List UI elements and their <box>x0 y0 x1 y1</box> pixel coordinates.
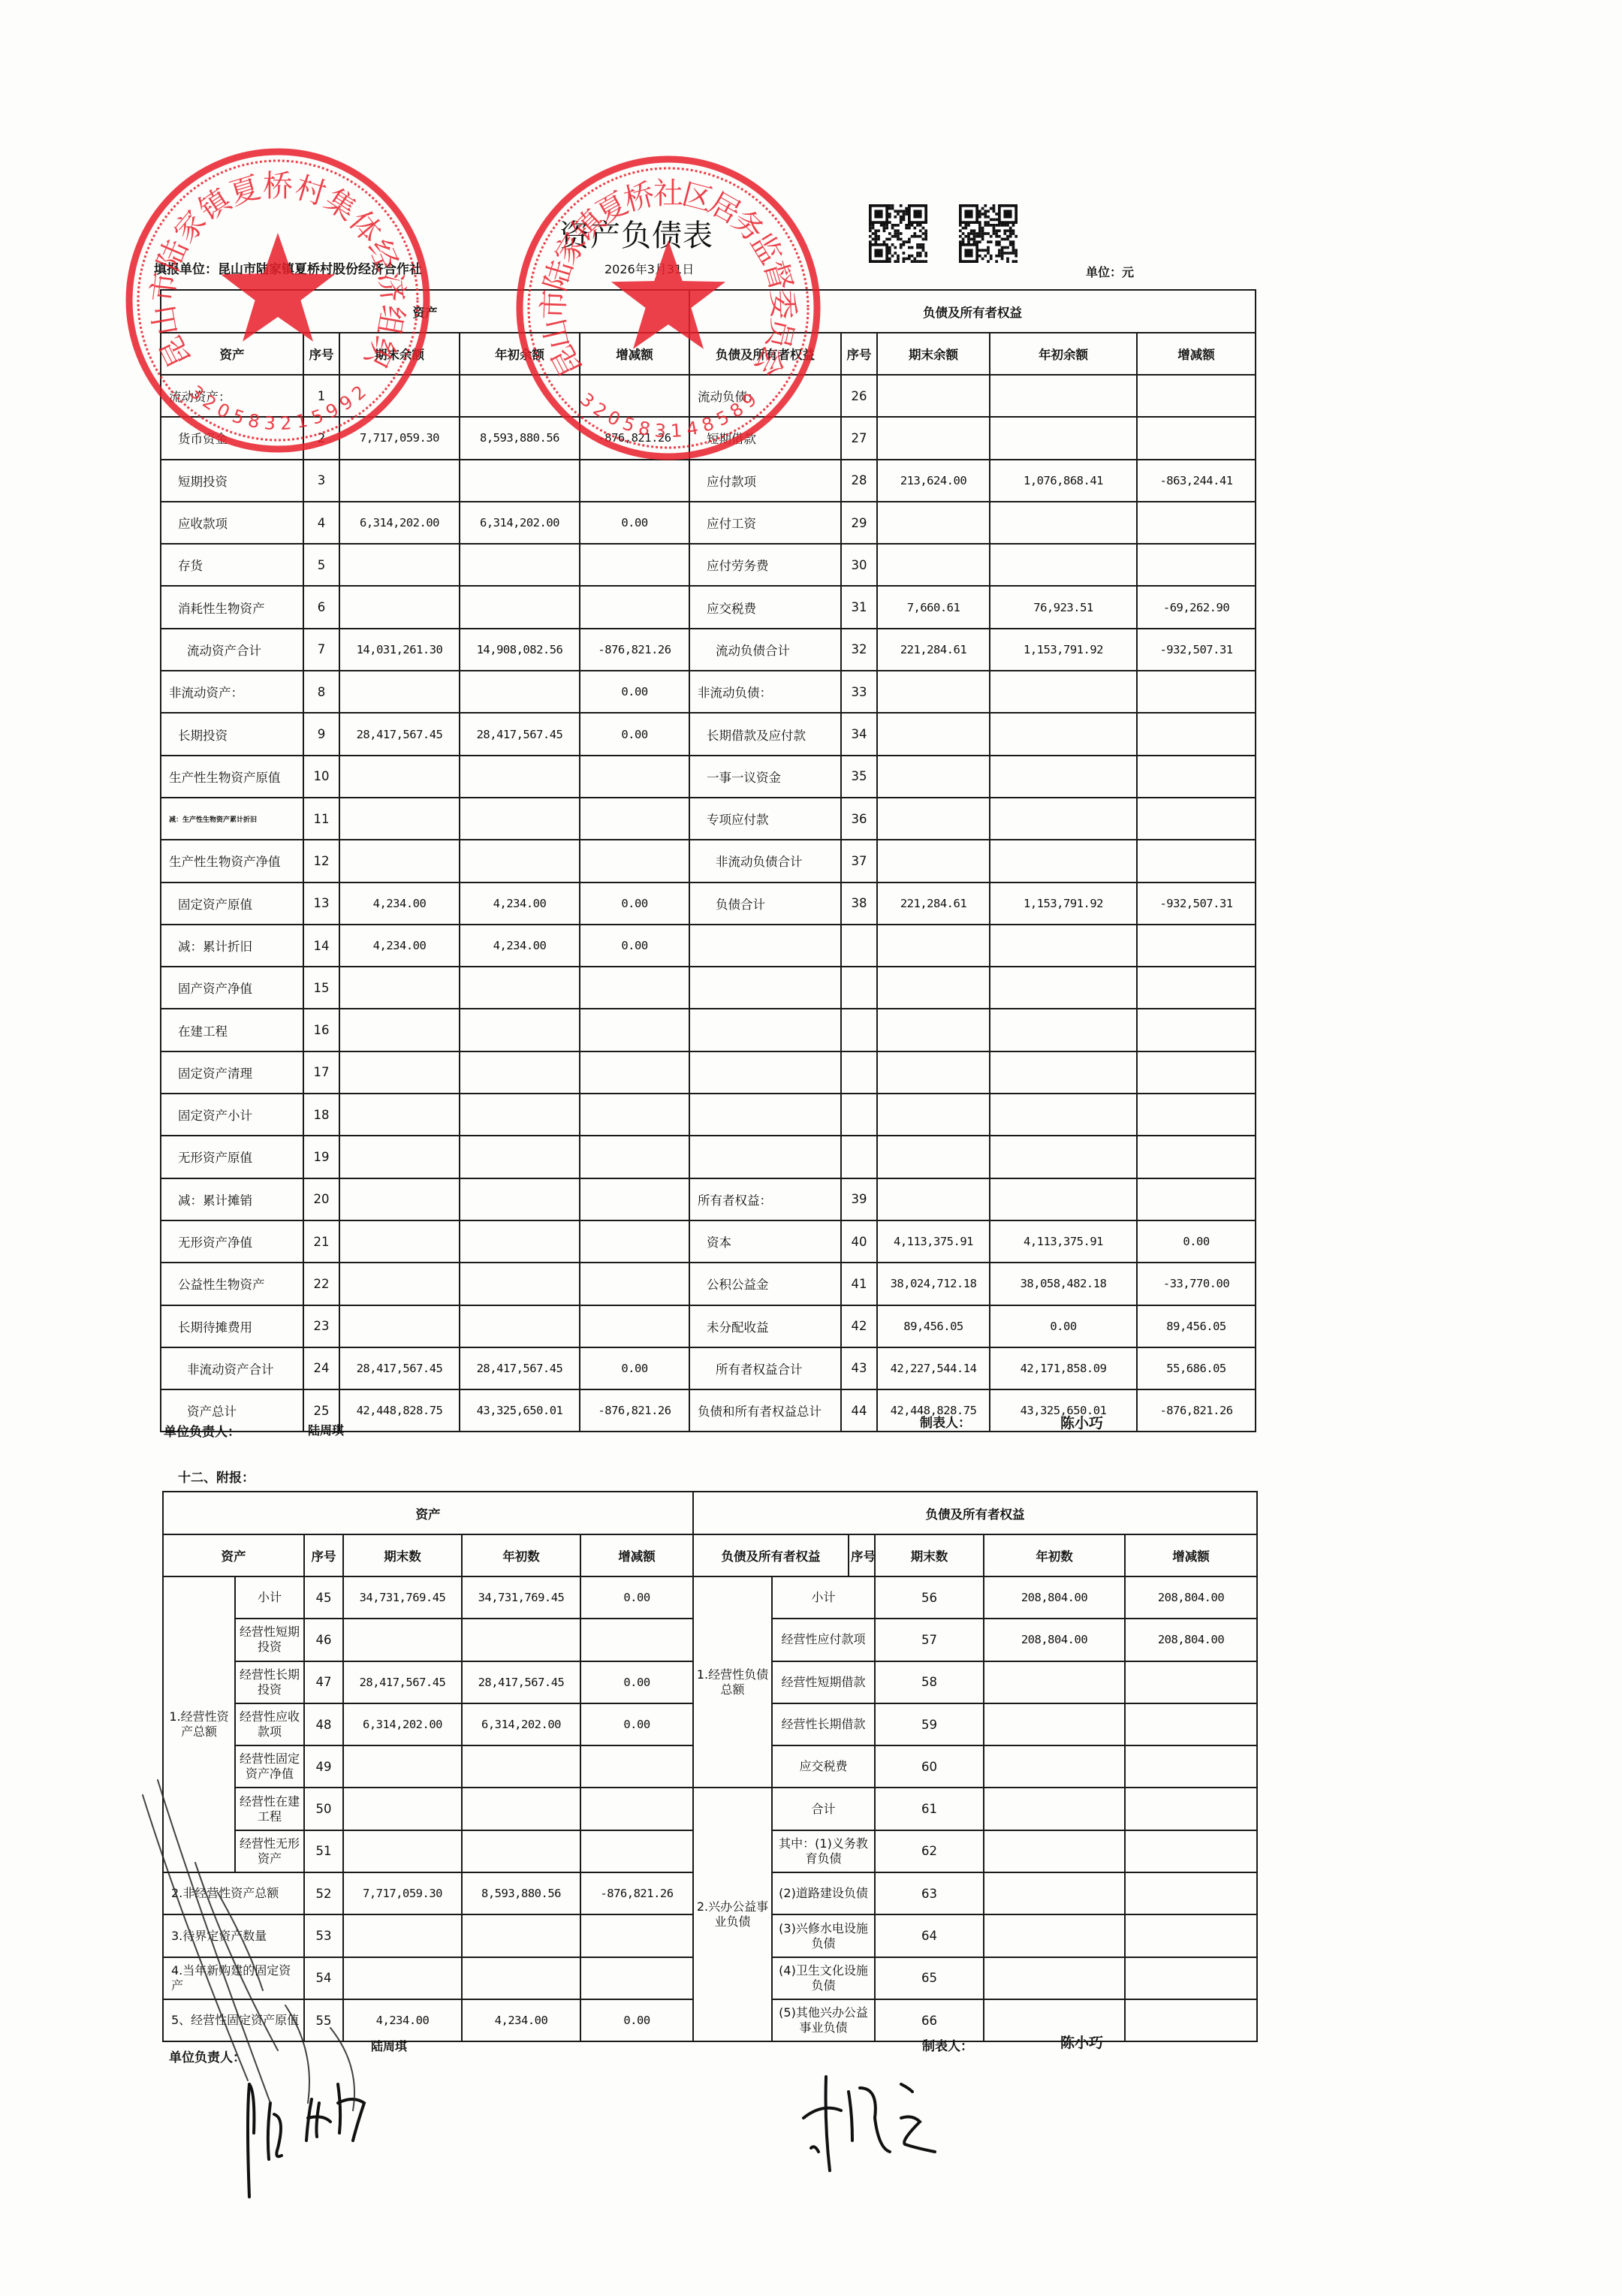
svg-text:夏: 夏 <box>226 170 265 213</box>
liability-change: 89,456.05 <box>1137 1305 1256 1347</box>
liability-label: (5)其他兴办公益事业负债 <box>772 1999 875 2041</box>
liability-end-balance <box>877 502 990 544</box>
liability-label: (2)道路建设负债 <box>772 1872 875 1914</box>
asset-change: 0.00 <box>580 1576 693 1619</box>
asset-begin-balance <box>460 544 580 586</box>
liability-seq: 62 <box>875 1830 984 1872</box>
asset-label: 固产资产净值 <box>161 967 303 1009</box>
liability-seq: 29 <box>841 502 877 544</box>
asset-change: 0.00 <box>580 713 689 755</box>
liability-end-balance <box>877 1051 990 1094</box>
asset-change <box>580 375 689 417</box>
preparer-label-2: 制表人： <box>922 2035 973 2054</box>
liability-label: (4)卫生文化设施负债 <box>772 1957 875 1999</box>
asset-end-balance: 4,234.00 <box>339 925 460 967</box>
liability-label: 一事一议资金 <box>689 756 841 798</box>
asset-change: -876,821.26 <box>580 417 689 459</box>
asset-change <box>580 798 689 840</box>
qr-code-icon <box>869 204 927 263</box>
column-header: 序号 <box>841 333 877 375</box>
liability-end-balance <box>877 375 990 417</box>
asset-change <box>580 1830 693 1872</box>
table-row: 公益性生物资产22公积公益金4138,024,712.1838,058,482.… <box>161 1263 1256 1305</box>
asset-label: 2.非经营性资产总额 <box>163 1872 304 1914</box>
table-row: 非流动资产合计2428,417,567.4528,417,567.450.00所… <box>161 1347 1256 1389</box>
asset-begin-balance: 28,417,567.45 <box>460 1347 580 1389</box>
liability-label: 其中：(1)义务教育负债 <box>772 1830 875 1872</box>
liability-end-balance <box>877 1178 990 1220</box>
liability-begin-balance <box>1125 1703 1257 1745</box>
asset-change <box>580 460 689 502</box>
svg-text:镇: 镇 <box>193 181 239 228</box>
owner-label-2: 单位负责人： <box>169 2047 246 2065</box>
asset-seq: 23 <box>303 1305 339 1347</box>
asset-begin-balance: 8,593,880.56 <box>460 417 580 459</box>
column-header: 增减额 <box>1125 1534 1257 1576</box>
liability-change <box>1137 798 1256 840</box>
asset-begin-balance <box>462 1788 580 1830</box>
asset-end-balance: 28,417,567.45 <box>339 713 460 755</box>
liability-begin-balance <box>990 967 1137 1009</box>
table-row: 无形资产净值21资本404,113,375.914,113,375.910.00 <box>161 1220 1256 1263</box>
asset-label: 消耗性生物资产 <box>161 586 303 628</box>
asset-seq: 15 <box>303 967 339 1009</box>
svg-text:社: 社 <box>653 176 683 211</box>
liability-begin-balance <box>990 1009 1137 1051</box>
liability-label: 应交税费 <box>689 586 841 628</box>
asset-end-balance <box>339 1051 460 1094</box>
preparer-label: 制表人： <box>920 1412 971 1431</box>
liability-change <box>1137 756 1256 798</box>
asset-begin-balance <box>460 1178 580 1220</box>
asset-seq: 45 <box>304 1576 343 1619</box>
asset-end-balance <box>339 1263 460 1305</box>
asset-begin-balance <box>462 1745 580 1788</box>
liability-seq <box>841 1009 877 1051</box>
asset-seq: 20 <box>303 1178 339 1220</box>
liability-begin-balance <box>1125 1788 1257 1830</box>
asset-seq: 2 <box>303 417 339 459</box>
liability-label: (3)兴修水电设施负债 <box>772 1914 875 1957</box>
liability-begin-balance: 0.00 <box>990 1305 1137 1347</box>
liability-change <box>1137 840 1256 882</box>
asset-begin-balance: 8,593,880.56 <box>462 1872 580 1914</box>
liability-begin-balance <box>1125 1745 1257 1788</box>
handwritten-signature <box>788 2073 984 2186</box>
asset-label: 小计 <box>235 1576 304 1619</box>
liability-seq: 56 <box>875 1576 984 1619</box>
liability-change: -932,507.31 <box>1137 629 1256 671</box>
liability-seq <box>841 925 877 967</box>
liability-seq: 61 <box>875 1788 984 1830</box>
asset-begin-balance <box>460 671 580 713</box>
liability-end-balance: 38,024,712.18 <box>877 1263 990 1305</box>
liability-begin-balance: 1,076,868.41 <box>990 460 1137 502</box>
asset-end-balance: 7,717,059.30 <box>343 1872 462 1914</box>
asset-end-balance <box>339 1009 460 1051</box>
asset-seq: 21 <box>303 1220 339 1263</box>
table-row: 存货5应付劳务费30 <box>161 544 1256 586</box>
table-row: 1.经营性资产总额小计4534,731,769.4534,731,769.450… <box>163 1576 1257 1619</box>
asset-label: 减：生产性生物资产累计折旧 <box>161 798 303 840</box>
asset-end-balance: 42,448,828.75 <box>339 1389 460 1432</box>
asset-seq: 52 <box>304 1872 343 1914</box>
liability-end-balance <box>984 1957 1125 1999</box>
liability-change: -932,507.31 <box>1137 882 1256 925</box>
asset-begin-balance <box>460 1220 580 1263</box>
liability-begin-balance <box>990 417 1137 459</box>
asset-end-balance: 28,417,567.45 <box>339 1347 460 1389</box>
asset-label: 减：累计摊销 <box>161 1178 303 1220</box>
asset-seq: 12 <box>303 840 339 882</box>
liability-seq: 27 <box>841 417 877 459</box>
asset-seq: 1 <box>303 375 339 417</box>
asset-change: -876,821.26 <box>580 1389 689 1432</box>
svg-text:村: 村 <box>291 170 330 213</box>
column-header: 期末数 <box>343 1534 462 1576</box>
asset-begin-balance <box>462 1914 580 1957</box>
liability-seq: 59 <box>875 1703 984 1745</box>
liability-change: -863,244.41 <box>1137 460 1256 502</box>
asset-label: 存货 <box>161 544 303 586</box>
liability-label: 未分配收益 <box>689 1305 841 1347</box>
asset-label: 经营性无形资产 <box>235 1830 304 1872</box>
asset-begin-balance: 14,908,082.56 <box>460 629 580 671</box>
asset-label: 固定资产小计 <box>161 1094 303 1136</box>
liability-label: 长期借款及应付款 <box>689 713 841 755</box>
asset-end-balance <box>339 1305 460 1347</box>
column-header: 期末数 <box>875 1534 984 1576</box>
liability-end-balance <box>984 1703 1125 1745</box>
asset-label: 无形资产原值 <box>161 1136 303 1178</box>
asset-end-balance <box>339 1220 460 1263</box>
asset-change <box>580 1051 689 1094</box>
liability-end-balance <box>877 840 990 882</box>
asset-label: 4.当年新购建的固定资产 <box>163 1957 304 1999</box>
svg-text:务: 务 <box>725 203 770 249</box>
liability-end-balance <box>877 798 990 840</box>
liability-begin-balance <box>990 544 1137 586</box>
asset-change <box>580 1220 689 1263</box>
handwritten-signature <box>233 2073 571 2216</box>
liability-end-balance <box>877 713 990 755</box>
liability-label: 应付工资 <box>689 502 841 544</box>
asset-begin-balance <box>462 1830 580 1872</box>
asset-label: 3.待界定资产数量 <box>163 1914 304 1957</box>
liability-seq: 40 <box>841 1220 877 1263</box>
asset-change: 0.00 <box>580 671 689 713</box>
column-header: 增减额 <box>580 333 689 375</box>
liability-label: 应付劳务费 <box>689 544 841 586</box>
liability-end-balance: 208,804.00 <box>984 1619 1125 1661</box>
column-header: 年初数 <box>984 1534 1125 1576</box>
liability-seq: 64 <box>875 1914 984 1957</box>
liability-label: 所有者权益： <box>689 1178 841 1220</box>
liability-seq: 30 <box>841 544 877 586</box>
svg-text:桥: 桥 <box>263 169 293 204</box>
asset-seq: 14 <box>303 925 339 967</box>
liability-end-balance: 4,113,375.91 <box>877 1220 990 1263</box>
asset-change: 0.00 <box>580 502 689 544</box>
liability-label: 负债合计 <box>689 882 841 925</box>
asset-label: 生产性生物资产原值 <box>161 756 303 798</box>
liability-begin-balance <box>990 1051 1137 1094</box>
asset-change <box>580 1957 693 1999</box>
liability-label: 经营性长期借款 <box>772 1703 875 1745</box>
asset-label: 固定资产原值 <box>161 882 303 925</box>
liability-seq: 32 <box>841 629 877 671</box>
liability-change <box>1137 1094 1256 1136</box>
asset-end-balance <box>339 756 460 798</box>
liability-begin-balance <box>1125 1661 1257 1703</box>
asset-change <box>580 1619 693 1661</box>
asset-change <box>580 840 689 882</box>
preparer-name: 陈小巧 <box>1060 1412 1103 1432</box>
liability-seq: 39 <box>841 1178 877 1220</box>
asset-seq: 48 <box>304 1703 343 1745</box>
liability-label: 资本 <box>689 1220 841 1263</box>
asset-seq: 3 <box>303 460 339 502</box>
asset-begin-balance: 28,417,567.45 <box>462 1661 580 1703</box>
asset-label: 固定资产清理 <box>161 1051 303 1094</box>
asset-seq: 17 <box>303 1051 339 1094</box>
report-date: 2026年3月31日 <box>604 260 694 277</box>
asset-change <box>580 1914 693 1957</box>
asset-end-balance <box>343 1914 462 1957</box>
asset-label: 无形资产净值 <box>161 1220 303 1263</box>
liability-change <box>1137 1178 1256 1220</box>
liability-seq: 58 <box>875 1661 984 1703</box>
asset-end-balance <box>339 586 460 628</box>
asset-change: 0.00 <box>580 1661 693 1703</box>
asset-seq: 8 <box>303 671 339 713</box>
asset-end-balance <box>339 544 460 586</box>
liability-end-balance <box>877 1136 990 1178</box>
liability-end-balance: 221,284.61 <box>877 629 990 671</box>
asset-change: 0.00 <box>580 1999 693 2041</box>
liability-seq: 65 <box>875 1957 984 1999</box>
section-header-liabilities: 负债及所有者权益 <box>693 1492 1257 1534</box>
column-header: 资产 <box>161 333 303 375</box>
liability-end-balance <box>984 1788 1125 1830</box>
liability-change <box>1137 925 1256 967</box>
asset-change <box>580 1094 689 1136</box>
asset-label: 流动资产合计 <box>161 629 303 671</box>
column-header: 年初余额 <box>990 333 1137 375</box>
table-row: 无形资产原值19 <box>161 1136 1256 1178</box>
liability-begin-balance: 1,153,791.92 <box>990 882 1137 925</box>
table-row: 短期投资3应付款项28213,624.001,076,868.41-863,24… <box>161 460 1256 502</box>
asset-seq: 54 <box>304 1957 343 1999</box>
asset-label: 流动资产： <box>161 375 303 417</box>
liability-seq <box>841 1051 877 1094</box>
column-header: 增减额 <box>580 1534 693 1576</box>
section-header-assets: 资产 <box>161 290 689 333</box>
asset-change: 0.00 <box>580 1703 693 1745</box>
liability-label: 短期借款 <box>689 417 841 459</box>
liability-begin-balance <box>990 1136 1137 1178</box>
liability-end-balance <box>984 1661 1125 1703</box>
asset-group-label: 1.经营性资产总额 <box>163 1576 235 1872</box>
asset-change <box>580 1136 689 1178</box>
asset-end-balance <box>339 967 460 1009</box>
table-row: 固定资产小计18 <box>161 1094 1256 1136</box>
asset-begin-balance <box>460 967 580 1009</box>
column-header: 增减额 <box>1137 333 1256 375</box>
asset-end-balance: 14,031,261.30 <box>339 629 460 671</box>
liability-label: 合计 <box>772 1788 875 1830</box>
column-header: 序号 <box>304 1534 343 1576</box>
liability-seq: 44 <box>841 1389 877 1432</box>
asset-end-balance <box>339 1094 460 1136</box>
liability-change <box>1137 544 1256 586</box>
liability-begin-balance <box>990 1178 1137 1220</box>
asset-begin-balance <box>460 840 580 882</box>
asset-seq: 24 <box>303 1347 339 1389</box>
asset-label: 公益性生物资产 <box>161 1263 303 1305</box>
liability-begin-balance <box>990 840 1137 882</box>
table-row: 生产性生物资产原值10一事一议资金35 <box>161 756 1256 798</box>
table-row: 应收款项46,314,202.006,314,202.000.00应付工资29 <box>161 502 1256 544</box>
column-header: 负债及所有者权益 <box>693 1534 849 1576</box>
asset-seq: 18 <box>303 1094 339 1136</box>
liability-label: 经营性应付款项 <box>772 1619 875 1661</box>
liability-seq: 34 <box>841 713 877 755</box>
asset-begin-balance <box>460 1305 580 1347</box>
asset-seq: 6 <box>303 586 339 628</box>
asset-label: 货币资金 <box>161 417 303 459</box>
liability-begin-balance <box>990 713 1137 755</box>
svg-text:体: 体 <box>342 204 388 249</box>
table-row: 减：生产性生物资产累计折旧11专项应付款36 <box>161 798 1256 840</box>
liability-begin-balance: 208,804.00 <box>1125 1576 1257 1619</box>
asset-change <box>580 586 689 628</box>
table-row: 货币资金27,717,059.308,593,880.56-876,821.26… <box>161 417 1256 459</box>
asset-seq: 11 <box>303 798 339 840</box>
liability-begin-balance <box>1125 1872 1257 1914</box>
table-row: 流动资产合计714,031,261.3014,908,082.56-876,82… <box>161 629 1256 671</box>
table-row: 长期待摊费用23未分配收益4289,456.050.0089,456.05 <box>161 1305 1256 1347</box>
liability-end-balance: 89,456.05 <box>877 1305 990 1347</box>
liability-seq: 60 <box>875 1745 984 1788</box>
column-header: 资产 <box>163 1534 304 1576</box>
asset-end-balance: 7,717,059.30 <box>339 417 460 459</box>
liability-change <box>1137 1009 1256 1051</box>
asset-change <box>580 1788 693 1830</box>
liability-label: 流动负债： <box>689 375 841 417</box>
appendix-table: 资产负债及所有者权益资产序号期末数年初数增减额负债及所有者权益序号期末数年初数增… <box>162 1491 1258 2042</box>
asset-seq: 53 <box>304 1914 343 1957</box>
liability-change <box>1137 967 1256 1009</box>
asset-begin-balance: 4,234.00 <box>462 1999 580 2041</box>
liability-change <box>1137 417 1256 459</box>
liability-label <box>689 1051 841 1094</box>
asset-end-balance <box>339 798 460 840</box>
liability-change: -876,821.26 <box>1137 1389 1256 1432</box>
column-header: 期末余额 <box>339 333 460 375</box>
liability-change: -69,262.90 <box>1137 586 1256 628</box>
asset-label: 经营性在建工程 <box>235 1788 304 1830</box>
asset-end-balance: 6,314,202.00 <box>343 1703 462 1745</box>
liability-begin-balance: 1,153,791.92 <box>990 629 1137 671</box>
section-header-assets: 资产 <box>163 1492 693 1534</box>
liability-begin-balance <box>990 925 1137 967</box>
liability-end-balance: 221,284.61 <box>877 882 990 925</box>
asset-seq: 19 <box>303 1136 339 1178</box>
column-header: 序号 <box>303 333 339 375</box>
document-title: 资产负债表 <box>559 212 713 255</box>
liability-label: 应付款项 <box>689 460 841 502</box>
qr-code-icon <box>959 204 1018 263</box>
liability-label: 应交税费 <box>772 1745 875 1788</box>
liability-seq: 26 <box>841 375 877 417</box>
liability-label <box>689 1094 841 1136</box>
svg-text:集: 集 <box>318 183 363 228</box>
table-row: 非流动资产：80.00非流动负债：33 <box>161 671 1256 713</box>
liability-label: 经营性短期借款 <box>772 1661 875 1703</box>
asset-end-balance: 28,417,567.45 <box>343 1661 462 1703</box>
liability-seq <box>841 967 877 1009</box>
asset-seq: 22 <box>303 1263 339 1305</box>
liability-end-balance <box>984 1745 1125 1788</box>
liability-change <box>1137 375 1256 417</box>
liability-label: 所有者权益合计 <box>689 1347 841 1389</box>
liability-label: 负债和所有者权益总计 <box>689 1389 841 1432</box>
asset-change: 0.00 <box>580 1347 689 1389</box>
liability-end-balance <box>877 967 990 1009</box>
asset-seq: 7 <box>303 629 339 671</box>
asset-end-balance <box>343 1619 462 1661</box>
asset-begin-balance <box>460 1263 580 1305</box>
liability-label <box>689 1009 841 1051</box>
asset-label: 经营性应收款项 <box>235 1703 304 1745</box>
asset-seq: 55 <box>304 1999 343 2041</box>
liability-end-balance <box>877 925 990 967</box>
liability-end-balance <box>984 1914 1125 1957</box>
asset-change <box>580 1178 689 1220</box>
liability-end-balance <box>877 417 990 459</box>
liability-end-balance: 42,227,544.14 <box>877 1347 990 1389</box>
asset-label: 长期待摊费用 <box>161 1305 303 1347</box>
asset-begin-balance <box>460 1094 580 1136</box>
liability-seq <box>841 1094 877 1136</box>
liability-seq: 43 <box>841 1347 877 1389</box>
liability-seq: 35 <box>841 756 877 798</box>
asset-seq: 13 <box>303 882 339 925</box>
asset-label: 在建工程 <box>161 1009 303 1051</box>
asset-seq: 50 <box>304 1788 343 1830</box>
asset-begin-balance <box>460 1136 580 1178</box>
owner-name-2: 陆周琪 <box>371 2037 407 2054</box>
liability-label: 流动负债合计 <box>689 629 841 671</box>
liability-seq: 41 <box>841 1263 877 1305</box>
liability-change: 55,686.05 <box>1137 1347 1256 1389</box>
liability-seq: 38 <box>841 882 877 925</box>
liability-seq: 42 <box>841 1305 877 1347</box>
asset-change <box>580 1305 689 1347</box>
currency-unit: 单位：元 <box>1086 263 1134 280</box>
liability-change <box>1137 1051 1256 1094</box>
table-row: 减：累计折旧144,234.004,234.000.00 <box>161 925 1256 967</box>
asset-begin-balance <box>460 1009 580 1051</box>
liability-seq: 33 <box>841 671 877 713</box>
asset-label: 长期投资 <box>161 713 303 755</box>
asset-end-balance: 4,234.00 <box>339 882 460 925</box>
appendix-heading: 十二、附报： <box>178 1467 255 1486</box>
liability-begin-balance: 76,923.51 <box>990 586 1137 628</box>
liability-change: -33,770.00 <box>1137 1263 1256 1305</box>
liability-seq: 36 <box>841 798 877 840</box>
